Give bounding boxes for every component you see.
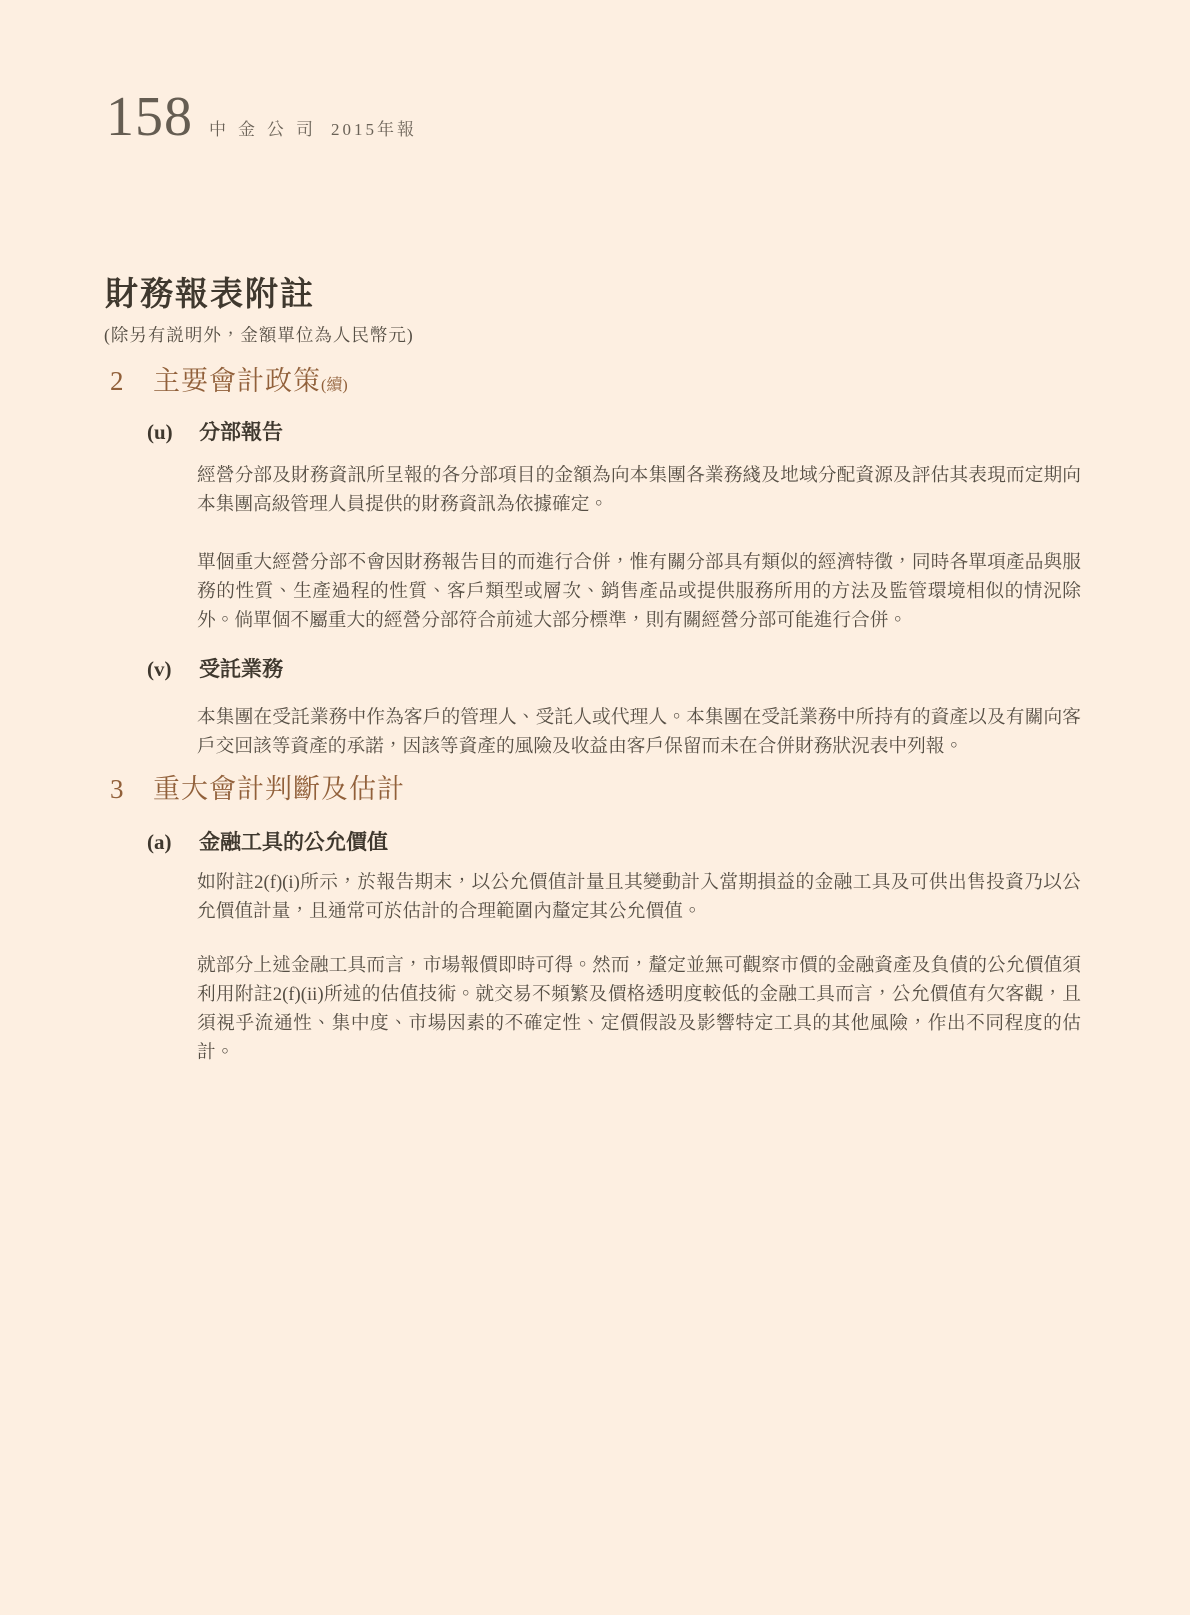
subsection-label: (v) xyxy=(147,657,199,682)
section-title: 主要會計政策 xyxy=(153,366,321,396)
page-subtitle: (除另有説明外，金額單位為人民幣元) xyxy=(104,324,414,348)
page-title: 財務報表附註 xyxy=(105,276,315,316)
subsection-label: (a) xyxy=(147,830,199,855)
section-number: 3 xyxy=(110,773,153,805)
section-heading-2: 2主要會計政策(續) xyxy=(110,365,348,397)
paragraph: 本集團在受託業務中作為客戶的管理人、受託人或代理人。本集團在受託業務中所持有的資… xyxy=(197,703,1081,761)
subsection-title: 金融工具的公允價值 xyxy=(199,830,388,854)
paragraph: 如附註2(f)(i)所示，於報告期末，以公允價值計量且其變動計入當期損益的金融工… xyxy=(197,868,1081,926)
paragraph: 就部分上述金融工具而言，市場報價即時可得。然而，釐定並無可觀察市價的金融資產及負… xyxy=(197,951,1081,1067)
section-heading-3: 3重大會計判斷及估計 xyxy=(110,773,405,805)
subsection-label: (u) xyxy=(147,420,199,445)
subsection-title: 分部報告 xyxy=(199,420,283,444)
page-number: 158 xyxy=(106,88,193,146)
subsection-heading-v: (v)受託業務 xyxy=(147,657,283,682)
paragraph: 單個重大經營分部不會因財務報告目的而進行合併，惟有關分部具有類似的經濟特徵，同時… xyxy=(197,548,1081,635)
report-year: 2015年報 xyxy=(331,115,417,140)
subsection-title: 受託業務 xyxy=(199,657,283,681)
section-title: 重大會計判斷及估計 xyxy=(153,774,405,804)
subsection-heading-a: (a)金融工具的公允價值 xyxy=(147,830,388,855)
page-header: 158 中金公司 2015年報 xyxy=(106,88,417,146)
company-name: 中金公司 xyxy=(209,115,325,140)
paragraph: 經營分部及財務資訊所呈報的各分部項目的金額為向本集團各業務綫及地域分配資源及評估… xyxy=(197,461,1081,519)
section-number: 2 xyxy=(110,365,153,397)
subsection-heading-u: (u)分部報告 xyxy=(147,420,283,445)
section-title-suffix: (續) xyxy=(321,377,348,394)
document-page: 158 中金公司 2015年報 財務報表附註 (除另有説明外，金額單位為人民幣元… xyxy=(0,0,1190,1615)
